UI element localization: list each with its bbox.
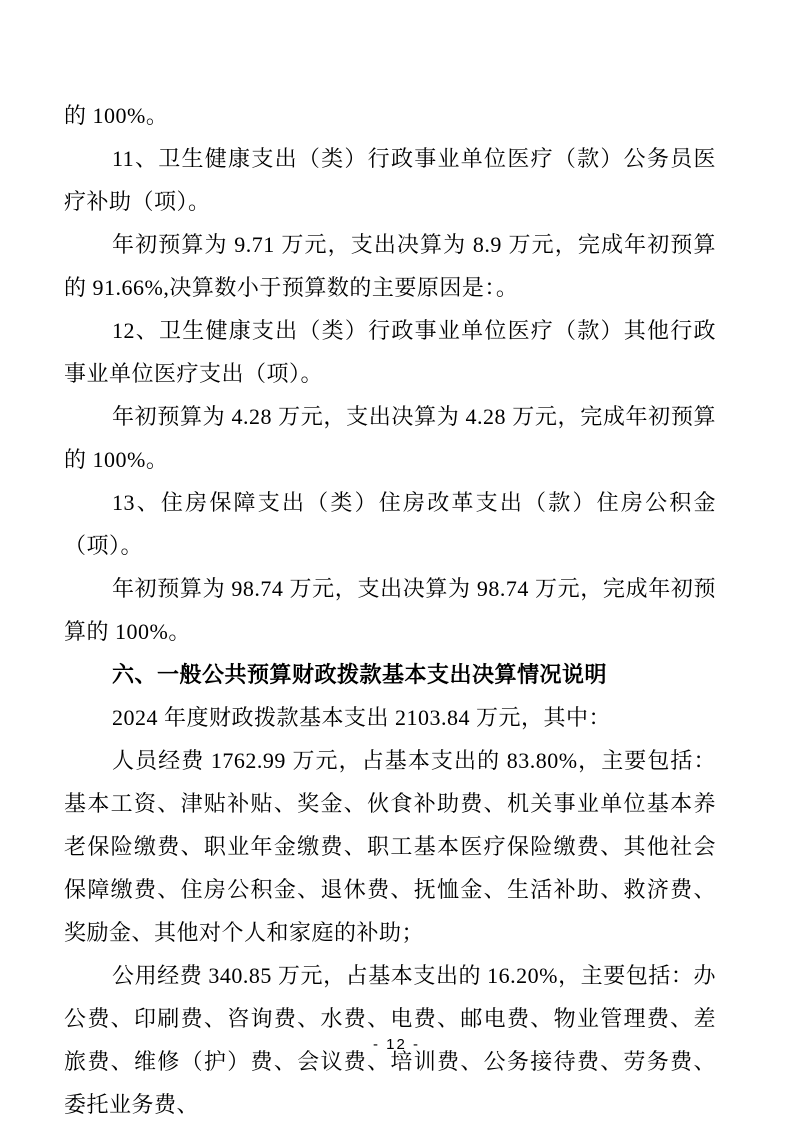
page-number: - 12 - — [0, 1036, 793, 1053]
paragraph-item-11: 11、卫生健康支出（类）行政事业单位医疗（款）公务员医疗补助（项）。 — [64, 137, 716, 223]
paragraph-item-13: 13、住房保障支出（类）住房改革支出（款）住房公积金（项）。 — [64, 481, 716, 567]
paragraph-item-12-budget-detail: 年初预算为 4.28 万元，支出决算为 4.28 万元，完成年初预算的 100%… — [64, 395, 716, 481]
section-six-heading: 六、一般公共预算财政拨款基本支出决算情况说明 — [64, 653, 716, 696]
paragraph-personnel-funds: 人员经费 1762.99 万元，占基本支出的 83.80%，主要包括：基本工资、… — [64, 739, 716, 954]
document-body: 的 100%。 11、卫生健康支出（类）行政事业单位医疗（款）公务员医疗补助（项… — [64, 94, 716, 1122]
continuation-line: 的 100%。 — [64, 94, 716, 137]
paragraph-item-12: 12、卫生健康支出（类）行政事业单位医疗（款）其他行政事业单位医疗支出（项）。 — [64, 309, 716, 395]
paragraph-item-11-budget-detail: 年初预算为 9.71 万元，支出决算为 8.9 万元，完成年初预算的 91.66… — [64, 223, 716, 309]
document-page: 的 100%。 11、卫生健康支出（类）行政事业单位医疗（款）公务员医疗补助（项… — [0, 0, 793, 1122]
paragraph-item-13-budget-detail: 年初预算为 98.74 万元，支出决算为 98.74 万元，完成年初预算的 10… — [64, 567, 716, 653]
paragraph-basic-expenditure-total: 2024 年度财政拨款基本支出 2103.84 万元，其中： — [64, 696, 716, 739]
